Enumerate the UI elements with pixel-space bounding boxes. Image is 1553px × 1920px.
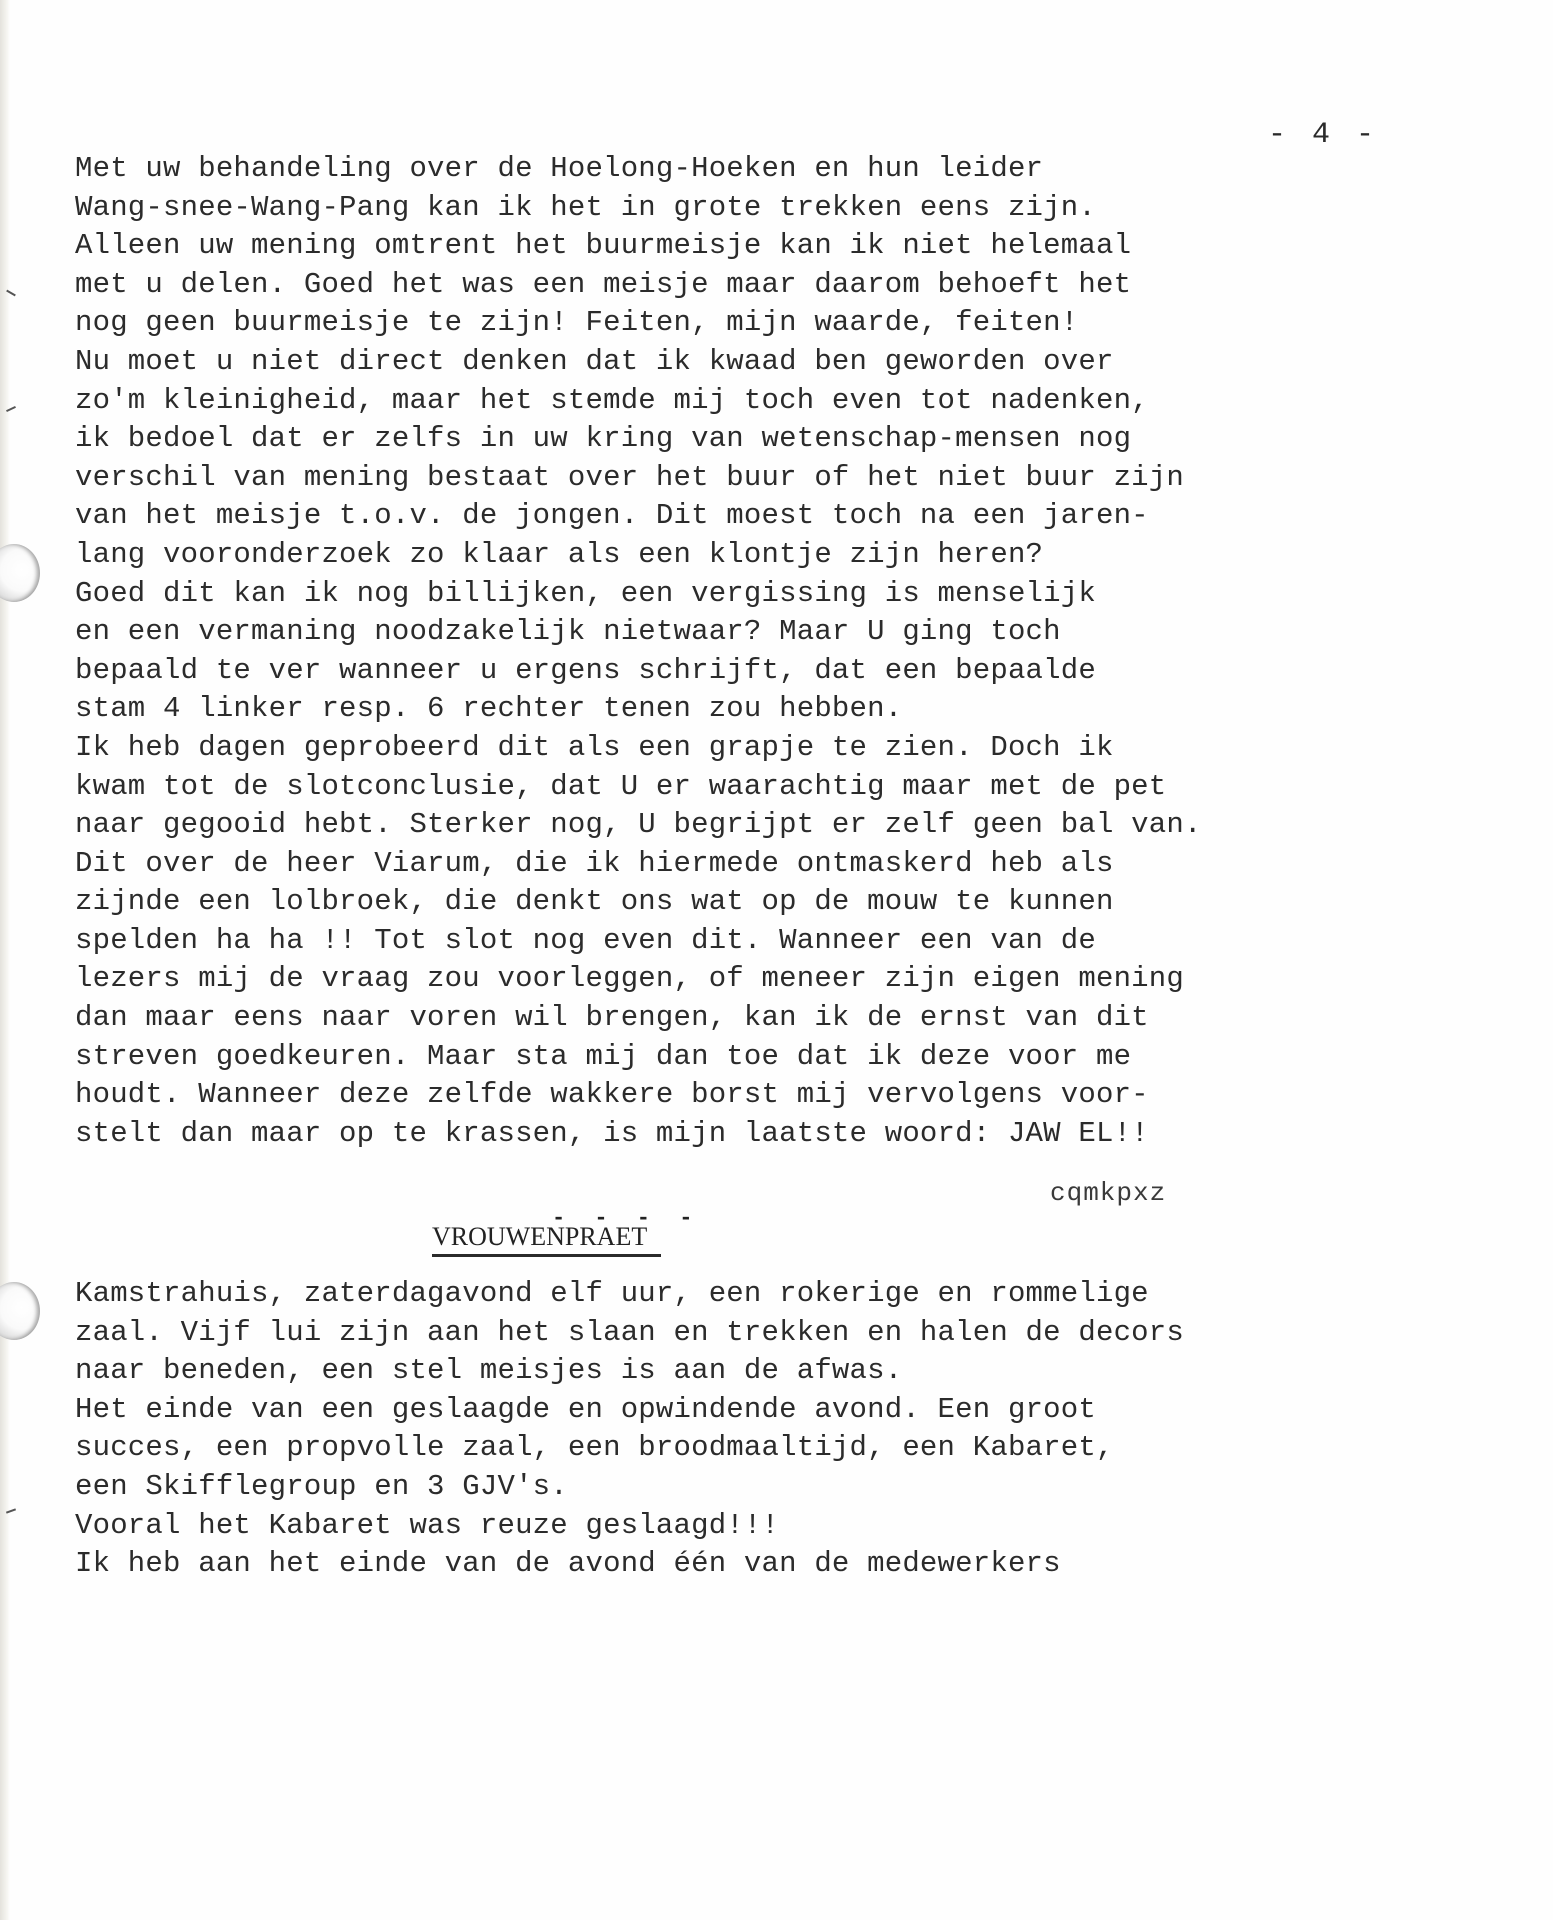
paper-edge-shadow: [0, 0, 10, 1920]
text-line: Met uw behandeling over de Hoelong-Hoeke…: [75, 150, 1202, 189]
text-line: streven goedkeuren. Maar sta mij dan toe…: [75, 1038, 1202, 1077]
vrouwenpraet-body: Kamstrahuis, zaterdagavond elf uur, een …: [75, 1275, 1184, 1584]
text-line: spelden ha ha !! Tot slot nog even dit. …: [75, 922, 1202, 961]
text-line: succes, een propvolle zaal, een broodmaa…: [75, 1429, 1184, 1468]
text-line: zijnde een lolbroek, die denkt ons wat o…: [75, 883, 1202, 922]
text-line: bepaald te ver wanneer u ergens schrijft…: [75, 652, 1202, 691]
text-line: stelt dan maar op te krassen, is mijn la…: [75, 1115, 1202, 1154]
text-line: van het meisje t.o.v. de jongen. Dit moe…: [75, 497, 1202, 536]
section-heading-vrouwenpraet: VROUWENPRAET: [432, 1222, 661, 1257]
text-line: lezers mij de vraag zou voorleggen, of m…: [75, 960, 1202, 999]
text-line: Goed dit kan ik nog billijken, een vergi…: [75, 575, 1202, 614]
page-number: - 4 -: [1268, 118, 1378, 152]
text-line: naar gegooid hebt. Sterker nog, U begrij…: [75, 806, 1202, 845]
text-line: Het einde van een geslaagde en opwindend…: [75, 1391, 1184, 1430]
signature: cqmkpxz: [1050, 1178, 1166, 1208]
text-line: kwam tot de slotconclusie, dat U er waar…: [75, 768, 1202, 807]
text-line: nog geen buurmeisje te zijn! Feiten, mij…: [75, 304, 1202, 343]
typewritten-page: - 4 - Met uw behandeling over de Hoelong…: [0, 0, 1553, 1920]
text-line: zo'm kleinigheid, maar het stemde mij to…: [75, 382, 1202, 421]
text-line: stam 4 linker resp. 6 rechter tenen zou …: [75, 690, 1202, 729]
text-line: dan maar eens naar voren wil brengen, ka…: [75, 999, 1202, 1038]
text-line: Dit over de heer Viarum, die ik hiermede…: [75, 845, 1202, 884]
text-line: Ik heb dagen geprobeerd dit als een grap…: [75, 729, 1202, 768]
text-line: en een vermaning noodzakelijk nietwaar? …: [75, 613, 1202, 652]
punch-hole-icon: [0, 1282, 40, 1340]
text-line: Kamstrahuis, zaterdagavond elf uur, een …: [75, 1275, 1184, 1314]
text-line: Wang-snee-Wang-Pang kan ik het in grote …: [75, 189, 1202, 228]
text-line: Nu moet u niet direct denken dat ik kwaa…: [75, 343, 1202, 382]
letter-body: Met uw behandeling over de Hoelong-Hoeke…: [75, 150, 1202, 1153]
text-line: Ik heb aan het einde van de avond één va…: [75, 1545, 1184, 1584]
text-line: ik bedoel dat er zelfs in uw kring van w…: [75, 420, 1202, 459]
text-line: naar beneden, een stel meisjes is aan de…: [75, 1352, 1184, 1391]
text-line: lang vooronderzoek zo klaar als een klon…: [75, 536, 1202, 575]
text-line: Vooral het Kabaret was reuze geslaagd!!!: [75, 1507, 1184, 1546]
text-line: houdt. Wanneer deze zelfde wakkere borst…: [75, 1076, 1202, 1115]
text-line: verschil van mening bestaat over het buu…: [75, 459, 1202, 498]
text-line: zaal. Vijf lui zijn aan het slaan en tre…: [75, 1314, 1184, 1353]
text-line: Alleen uw mening omtrent het buurmeisje …: [75, 227, 1202, 266]
punch-hole-icon: [0, 544, 40, 602]
text-line: een Skifflegroup en 3 GJV's.: [75, 1468, 1184, 1507]
text-line: met u delen. Goed het was een meisje maa…: [75, 266, 1202, 305]
